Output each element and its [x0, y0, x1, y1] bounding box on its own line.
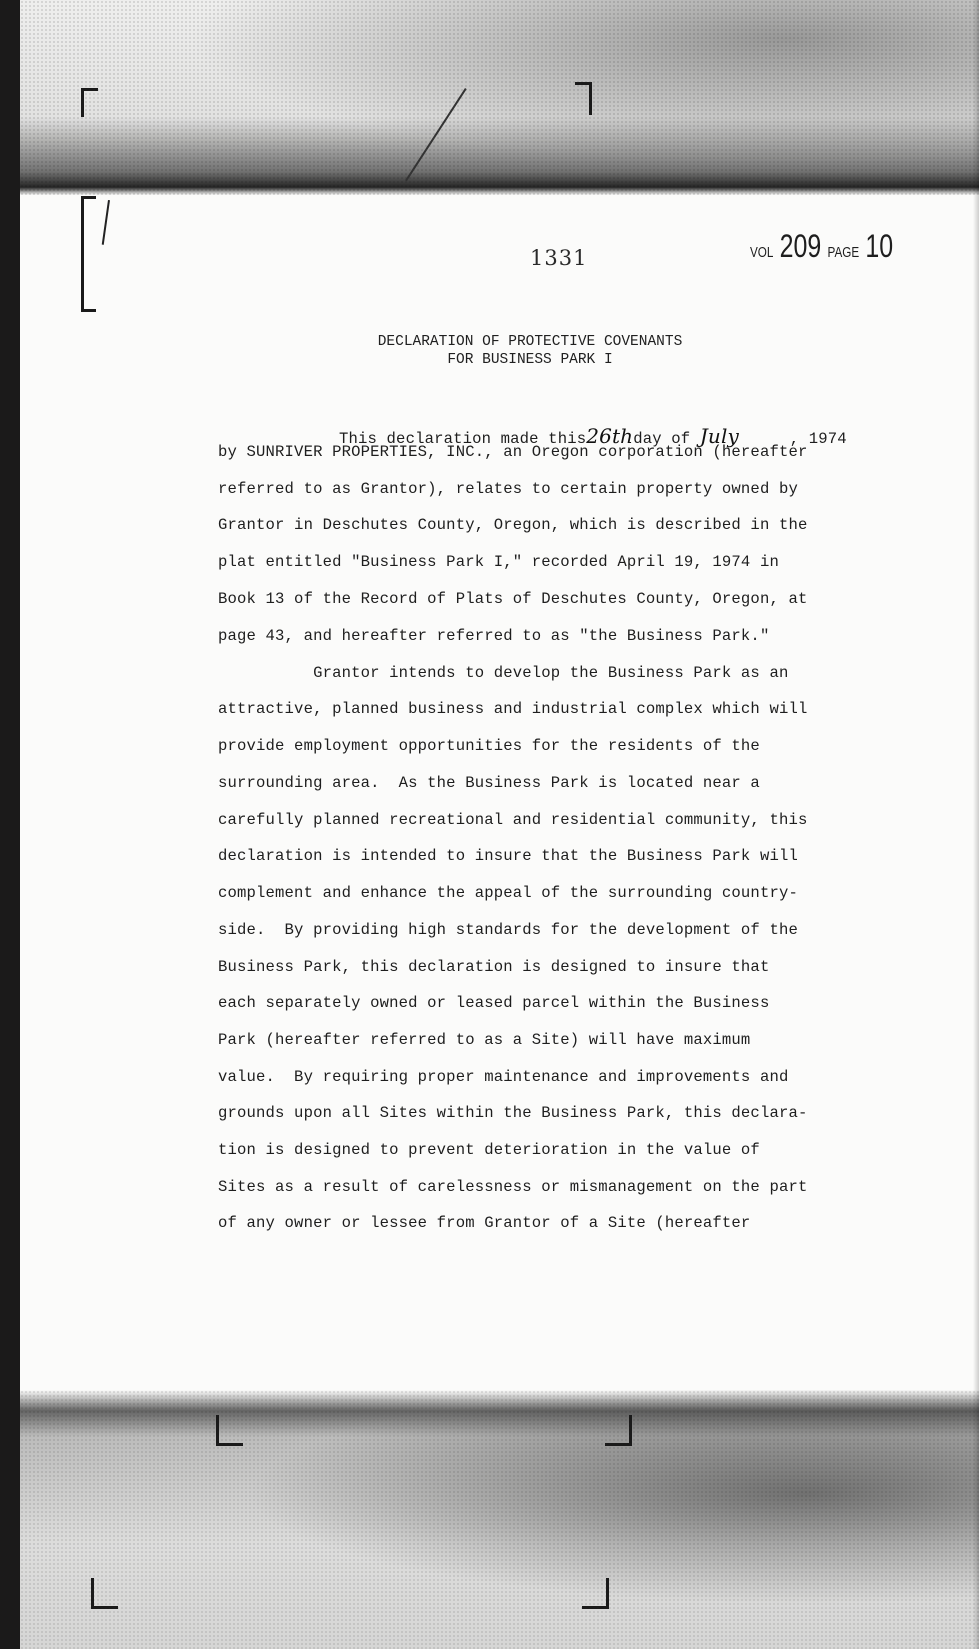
- crop-mark-bottom-left: [91, 1578, 118, 1609]
- crop-mark-top-left: [81, 88, 98, 117]
- bracket-left-bottom: [81, 246, 96, 312]
- body-line: Book 13 of the Record of Plats of Deschu…: [218, 590, 807, 608]
- body-line: each separately owned or leased parcel w…: [218, 994, 769, 1012]
- volume-page-stamp: VOL 209 PAGE 10: [750, 228, 893, 265]
- body-line: plat entitled "Business Park I," recorde…: [218, 553, 779, 571]
- body-line: declaration is intended to insure that t…: [218, 847, 798, 865]
- page-label: PAGE: [828, 244, 860, 261]
- body-line: tion is designed to prevent deterioratio…: [218, 1141, 760, 1159]
- document-title-line-2: FOR BUSINESS PARK I: [0, 351, 979, 369]
- body-line: Grantor intends to develop the Business …: [218, 664, 788, 682]
- pen-stroke-mark: [102, 200, 110, 245]
- crop-mark-mid-left: [216, 1415, 243, 1446]
- body-line: Grantor in Deschutes County, Oregon, whi…: [218, 516, 807, 534]
- body-line: side. By providing high standards for th…: [218, 921, 798, 939]
- vol-label: VOL: [750, 244, 773, 261]
- scan-top-noise: [20, 0, 979, 195]
- body-line: page 43, and hereafter referred to as "t…: [218, 627, 769, 645]
- bracket-left-top: [81, 196, 96, 249]
- body-line: Sites as a result of carelessness or mis…: [218, 1178, 807, 1196]
- opening-line: This declaration made this26thday of Jul…: [320, 406, 847, 448]
- page-value: 10: [865, 228, 893, 265]
- body-line: attractive, planned business and industr…: [218, 700, 807, 718]
- body-line: value. By requiring proper maintenance a…: [218, 1068, 788, 1086]
- body-line: by SUNRIVER PROPERTIES, INC., an Oregon …: [218, 443, 807, 461]
- body-line: referred to as Grantor), relates to cert…: [218, 480, 798, 498]
- document-title-line-1: DECLARATION OF PROTECTIVE COVENANTS: [0, 333, 979, 351]
- scan-left-border: [0, 0, 20, 1649]
- crop-mark-mid-right: [605, 1415, 632, 1446]
- body-line: Business Park, this declaration is desig…: [218, 958, 769, 976]
- vol-value: 209: [780, 228, 822, 265]
- scan-bottom-noise: [20, 1390, 979, 1649]
- body-line: Park (hereafter referred to as a Site) w…: [218, 1031, 750, 1049]
- crop-mark-top-right: [575, 82, 592, 115]
- body-line: provide employment opportunities for the…: [218, 737, 760, 755]
- body-line: complement and enhance the appeal of the…: [218, 884, 798, 902]
- body-line: carefully planned recreational and resid…: [218, 811, 807, 829]
- crop-mark-bottom-right: [582, 1578, 609, 1609]
- body-line: surrounding area. As the Business Park i…: [218, 774, 760, 792]
- body-line: grounds upon all Sites within the Busine…: [218, 1104, 807, 1122]
- body-line: of any owner or lessee from Grantor of a…: [218, 1214, 750, 1232]
- recording-stamp-number: 1331: [530, 246, 587, 270]
